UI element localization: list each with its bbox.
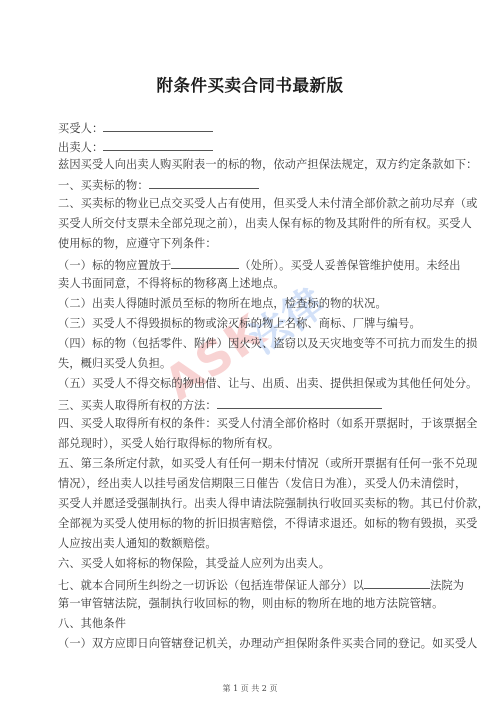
article-5-line-4: 全部视为买受人使用标的物的折旧损害赔偿，不得请求退还。如标的物有毁损，买受 bbox=[58, 517, 478, 531]
article-5-line-1: 五、第三条所定付款，如买受人有任何一期未付情况（或所开票据有任何一张不兑现 bbox=[58, 457, 478, 471]
article-7-post: 法院为 bbox=[430, 579, 464, 592]
article-2-1-pre: （一）标的物应置放于 bbox=[58, 259, 171, 272]
method-blank bbox=[217, 397, 382, 409]
seller-label: 出卖人： bbox=[58, 141, 103, 154]
article-3: 三、买卖人取得所有权的方法： bbox=[58, 397, 382, 413]
article-2-1: （一）标的物应置放于（处所）。买受人妥善保管维护使用。未经出 bbox=[58, 257, 461, 273]
article-2-line-1: 二、买卖标的物业已点交买受人占有使用，但买受人未付清全部价款之前功尽弃（或 bbox=[58, 197, 478, 211]
article-1-label: 一、买卖标的物： bbox=[58, 179, 149, 192]
article-5-line-3: 买受人并愿迳受强制执行。出卖人得申请法院强制执行收回买卖标的物。其已付价款， bbox=[58, 497, 489, 511]
court-blank bbox=[364, 577, 430, 589]
location-blank bbox=[171, 257, 239, 269]
article-7-pre: 七、就本合同所生纠纷之一切诉讼（包括连带保证人部分）以 bbox=[58, 579, 364, 592]
seller-blank bbox=[103, 139, 213, 151]
article-2-1-post: （处所）。买受人妥善保管维护使用。未经出 bbox=[239, 259, 460, 272]
document-page: ASK 法律 附条件买卖合同书最新版 买受人： 出卖人： 兹因买受人向出卖人购买… bbox=[0, 0, 500, 706]
article-2-5: （五）买受人不得交标的物出借、让与、出质、出卖、提供担保或为其他任何处分。 bbox=[58, 377, 478, 391]
buyer-blank bbox=[103, 120, 213, 132]
article-5-line-2: 情况），经出卖人以挂号函发信期限三日催告（发信日为准），买受人仍未清偿时， bbox=[58, 477, 466, 491]
article-2-4-line-1: （四）标的物（包括零件、附件）因火灾、盗窃以及天灾地变等不可抗力而发生的损 bbox=[58, 337, 478, 351]
article-2-1-cont: 卖人书面同意，不得将标的物移离上述地点。 bbox=[58, 277, 285, 291]
article-8-label: 八、其他条件 bbox=[58, 617, 126, 631]
article-2-4-line-2: 失，概归买受人负担。 bbox=[58, 357, 171, 371]
article-7: 七、就本合同所生纠纷之一切诉讼（包括连带保证人部分）以法院为 bbox=[58, 577, 464, 593]
buyer-line: 买受人： bbox=[58, 120, 213, 136]
page-footer: 第 1 页 共 2 页 bbox=[0, 683, 500, 694]
article-2-line-2: 买受人所交付支票未全部兑现之前），出卖人保有标的物及其附件的所有权。买受人 bbox=[58, 217, 472, 231]
subject-blank bbox=[149, 177, 259, 189]
article-8-1: （一）双方应即日向管辖登记机关，办理动产担保附条件买卖合同的登记。如买受人 bbox=[58, 637, 478, 651]
article-2-3: （三）买受人不得毁损标的物或涂灭标的物上名称、商标、厂牌与编号。 bbox=[58, 317, 421, 331]
buyer-label: 买受人： bbox=[58, 122, 103, 135]
article-7-cont: 第一审管辖法院，强制执行收回标的物，则由标的物所在地的地方法院管辖。 bbox=[58, 597, 443, 611]
article-2-line-3: 使用标的物，应遵守下列条件： bbox=[58, 237, 217, 251]
document-title: 附条件买卖合同书最新版 bbox=[0, 72, 500, 96]
article-5-line-5: 人应按出卖人通知的数额赔偿。 bbox=[58, 537, 217, 551]
article-2-2: （二）出卖人得随时派员至标的物所在地点，检查标的物的状况。 bbox=[58, 297, 387, 311]
seller-line: 出卖人： bbox=[58, 139, 213, 155]
article-4-line-1: 四、买受人取得所有权的条件：买受人付清全部价格时（如系开票据时，于该票据全 bbox=[58, 417, 478, 431]
article-4-line-2: 部兑现时），买受人始行取得标的物所有权。 bbox=[58, 437, 279, 451]
article-3-label: 三、买卖人取得所有权的方法： bbox=[58, 399, 217, 412]
article-1: 一、买卖标的物： bbox=[58, 177, 259, 193]
intro-paragraph: 兹因买受人向出卖人购买附表一的标的物，依动产担保法规定，双方约定条款如下： bbox=[58, 158, 478, 172]
article-6: 六、买受人如将标的物保险，其受益人应列为出卖人。 bbox=[58, 557, 330, 571]
